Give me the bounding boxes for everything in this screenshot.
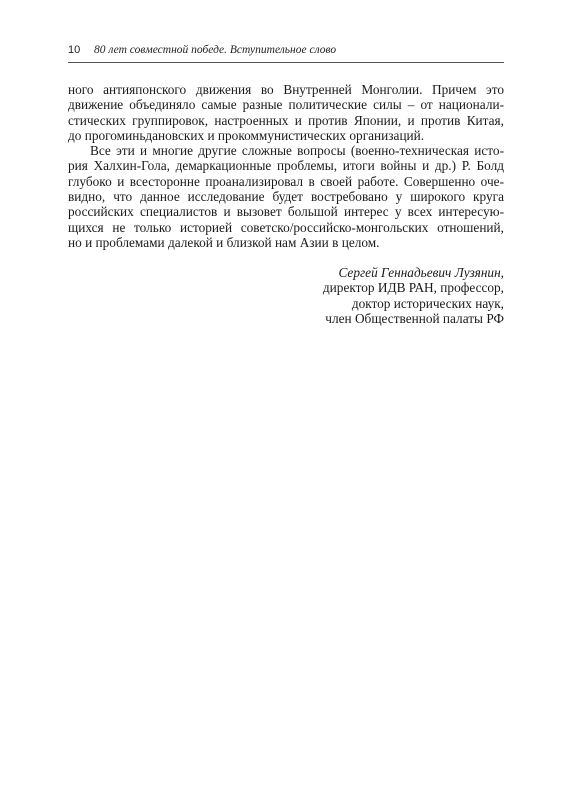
text-line: ного антияпонского движения во Внутренне…	[68, 82, 504, 97]
author-name: Сергей Геннадьевич Лузянин,	[323, 265, 504, 280]
paragraph-1: ного антияпонского движения во Внутренне…	[68, 82, 504, 143]
text-line: движение объединяло самые разные политич…	[68, 97, 504, 112]
author-title-line: член Общественной палаты РФ	[323, 311, 504, 326]
document-page: 1080 лет совместной победе. Вступительно…	[0, 0, 562, 800]
text-line: но и проблемами далекой и близкой нам Аз…	[68, 235, 504, 250]
text-line: российских специалистов и вызовет большо…	[68, 204, 504, 219]
running-title: 80 лет совместной победе. Вступительное …	[94, 44, 336, 56]
page-number: 10	[68, 44, 94, 56]
text-line: Все эти и многие другие сложные вопросы …	[68, 143, 504, 158]
text-line: глубоко и всесторонне проанализировал в …	[68, 174, 504, 189]
text-line: до прогоминьдановских и прокоммунистичес…	[68, 128, 504, 143]
text-line: рия Халхин-Гола, демаркационные проблемы…	[68, 158, 504, 173]
running-header: 1080 лет совместной победе. Вступительно…	[68, 44, 504, 60]
signature-block: Сергей Геннадьевич Лузянин, директор ИДВ…	[323, 265, 504, 326]
header-rule	[68, 62, 504, 63]
paragraph-2: Все эти и многие другие сложные вопросы …	[68, 143, 504, 250]
text-line: видно, что данное исследование будет вос…	[68, 189, 504, 204]
author-title-line: доктор исторических наук,	[323, 296, 504, 311]
body-text: ного антияпонского движения во Внутренне…	[68, 82, 504, 250]
text-line: стических группировок, настроенных и про…	[68, 113, 504, 128]
text-line: щихся не только историей советско/россий…	[68, 220, 504, 235]
author-title-line: директор ИДВ РАН, профессор,	[323, 280, 504, 295]
